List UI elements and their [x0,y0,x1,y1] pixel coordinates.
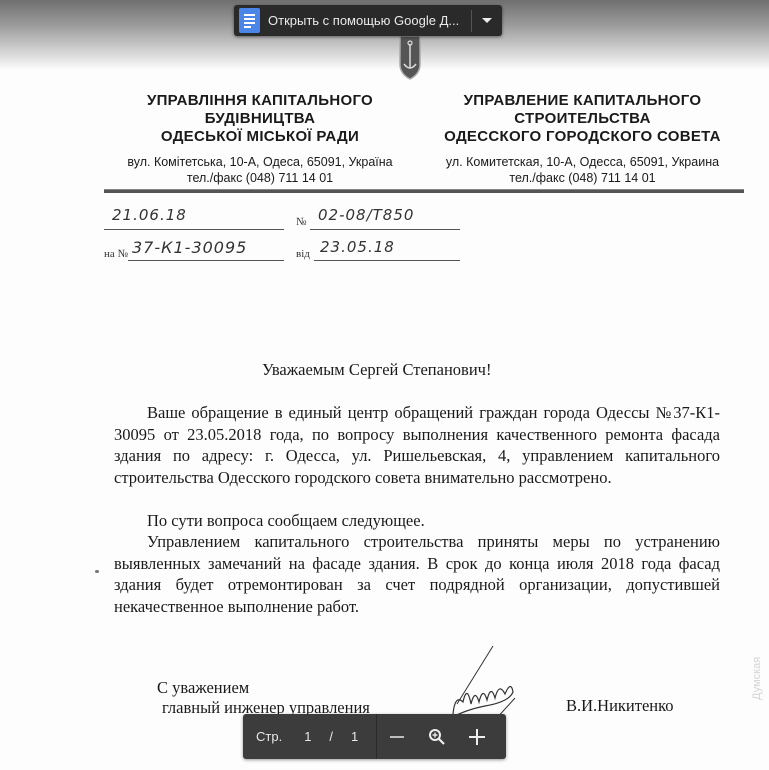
zoom-button[interactable] [417,714,457,759]
signature-icon [425,644,525,724]
field-underline [104,229,284,230]
outgoing-number: 02-08/Т850 [318,206,414,224]
chevron-down-icon [482,18,492,23]
magnifier-icon [428,728,446,746]
number-label: № [296,216,307,228]
org-address: вул. Комітетська, 10-А, Одеса, 65091, Ук… [100,154,420,170]
org-name-line: УПРАВЛЕНИЕ КАПИТАЛЬНОГО [425,92,740,110]
minus-icon [389,729,405,745]
header-divider [104,189,744,193]
from-label: від [296,248,310,260]
org-name-line: ОДЕСЬКОЇ МІСЬКОЇ РАДИ [100,128,420,146]
paragraph-text: По сути вопроса сообщаем следующее. [114,510,720,532]
reply-to-number: 37-К1-30095 [132,238,247,257]
org-address: ул. Комитетская, 10-А, Одесса, 65091, Ук… [425,154,740,170]
org-name-line: СТРОИТЕЛЬСТВА [425,110,740,128]
field-underline [128,260,284,261]
open-with-label: Открыть с помощью Google Д... [268,13,471,28]
plus-icon [468,728,486,746]
closing: С уважением [157,678,249,698]
letterhead-russian: УПРАВЛЕНИЕ КАПИТАЛЬНОГО СТРОИТЕЛЬСТВА ОД… [425,92,740,186]
org-name-line: ОДЕССКОГО ГОРОДСКОГО СОВЕТА [425,128,740,146]
reply-to-label: на № [104,248,128,260]
open-with-google-docs-button[interactable]: Открыть с помощью Google Д... [234,5,502,36]
page-label: Стр. [256,729,282,744]
org-name-line: БУДІВНИЦТВА [100,110,420,128]
paragraph-text: Ваше обращение в единый центр обращений … [114,402,720,488]
zoom-out-button[interactable] [377,714,417,759]
current-page-input[interactable]: 1 [304,729,311,744]
zoom-in-button[interactable] [457,714,497,759]
page-toolbar: Стр. 1 / 1 [243,714,506,759]
field-underline [314,260,460,261]
google-docs-icon [239,8,260,33]
watermark: Думская [751,657,763,700]
org-phone: тел./факс (048) 711 14 01 [425,170,740,186]
odessa-coat-of-arms-icon [398,34,422,80]
letter-paragraph: По сути вопроса сообщаем следующее. [114,510,720,532]
page-separator: / [329,729,333,744]
reply-from-date: 23.05.18 [320,238,395,256]
field-underline [310,229,460,230]
document-page: УПРАВЛІННЯ КАПІТАЛЬНОГО БУДІВНИЦТВА ОДЕС… [0,0,769,770]
signer-name: В.И.Никитенко [566,696,674,716]
org-name-line: УПРАВЛІННЯ КАПІТАЛЬНОГО [100,92,420,110]
letterhead-ukrainian: УПРАВЛІННЯ КАПІТАЛЬНОГО БУДІВНИЦТВА ОДЕС… [100,92,420,186]
greeting: Уважаемым Сергей Степанович! [262,360,491,380]
letter-paragraph: Управлением капитального строительства п… [114,531,720,617]
org-phone: тел./факс (048) 711 14 01 [100,170,420,186]
letter-paragraph: Ваше обращение в единый центр обращений … [114,402,720,488]
total-pages: 1 [351,729,358,744]
paragraph-text: Управлением капитального строительства п… [114,531,720,617]
scan-artifact [95,570,99,573]
outgoing-date: 21.06.18 [112,206,187,224]
open-with-dropdown-button[interactable] [472,5,502,36]
